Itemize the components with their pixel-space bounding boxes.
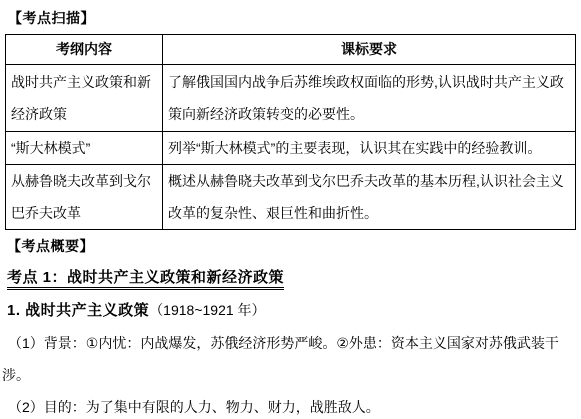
outline-cell: 从赫鲁晓夫改革到戈尔巴乔夫改革 [6, 165, 163, 230]
topic-heading: 考点 1：战时共产主义政策和新经济政策 [0, 262, 581, 294]
outline-cell: 战时共产主义政策和新经济政策 [6, 65, 163, 132]
outline-requirements-table: 考纲内容 课标要求 战时共产主义政策和新经济政策 了解俄国国内战争后苏维埃政权面… [5, 34, 576, 230]
table-header-requirement: 课标要求 [163, 35, 576, 65]
requirement-cell: 列举“斯大林模式”的主要表现，认识其在实践中的经验教训。 [163, 132, 576, 165]
outline-cell: “斯大林模式” [6, 132, 163, 165]
document-page: 【考点扫描】 考纲内容 课标要求 战时共产主义政策和新经济政策 了解俄国国内战争… [0, 0, 581, 419]
item-heading: 1. 战时共产主义政策（1918~1921 年） [0, 294, 581, 327]
paragraph-purpose: （2）目的：为了集中有限的人力、物力、财力，战胜敌人。 [0, 391, 581, 419]
table-header-row: 考纲内容 课标要求 [6, 35, 576, 65]
table-row: 战时共产主义政策和新经济政策 了解俄国国内战争后苏维埃政权面临的形势,认识战时共… [6, 65, 576, 132]
section-title-scan: 【考点扫描】 [0, 6, 581, 30]
section-title-summary: 【考点概要】 [0, 230, 581, 262]
table-row: 从赫鲁晓夫改革到戈尔巴乔夫改革 概述从赫鲁晓夫改革到戈尔巴乔夫改革的基本历程,认… [6, 165, 576, 230]
requirement-cell: 概述从赫鲁晓夫改革到戈尔巴乔夫改革的基本历程,认识社会主义改革的复杂性、艰巨性和… [163, 165, 576, 230]
table-header-outline: 考纲内容 [6, 35, 163, 65]
requirement-cell: 了解俄国国内战争后苏维埃政权面临的形势,认识战时共产主义政策向新经济政策转变的必… [163, 65, 576, 132]
item-years: （1918~1921 年） [149, 302, 265, 318]
topic-heading-text: 考点 1：战时共产主义政策和新经济政策 [7, 269, 284, 290]
paragraph-background: （1）背景：①内忧：内战爆发，苏俄经济形势严峻。②外患：资本主义国家对苏俄武装干… [0, 327, 581, 391]
item-title: 1. 战时共产主义政策 [7, 302, 149, 319]
table-row: “斯大林模式” 列举“斯大林模式”的主要表现，认识其在实践中的经验教训。 [6, 132, 576, 165]
